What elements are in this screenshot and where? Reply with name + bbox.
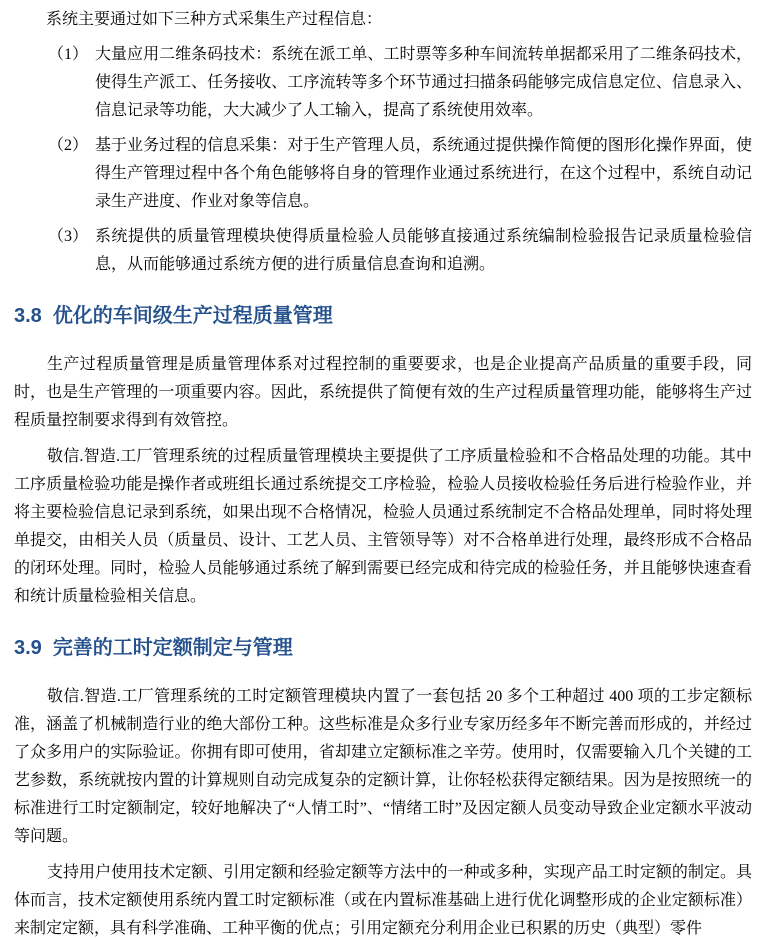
section-3-9-number: 3.9 (14, 637, 42, 659)
list-item-1-marker: （1） (48, 41, 95, 125)
list-item-2: （2） 基于业务过程的信息采集：对于生产管理人员，系统通过提供操作简便的图形化操… (14, 132, 752, 216)
list-item-3-marker: （3） (48, 223, 95, 279)
section-heading-3-8: 3.8优化的车间级生产过程质量管理 (14, 304, 752, 328)
section-3-9-title: 完善的工时定额制定与管理 (53, 637, 293, 659)
list-item-3-text: 系统提供的质量管理模块使得质量检验人员能够直接通过系统编制检验报告记录质量检验信… (95, 223, 752, 279)
section-3-8-number: 3.8 (14, 305, 42, 327)
list-item-2-text: 基于业务过程的信息采集：对于生产管理人员，系统通过提供操作简便的图形化操作界面，… (95, 132, 752, 216)
list-item-2-marker: （2） (48, 132, 95, 216)
section-heading-3-9: 3.9完善的工时定额制定与管理 (14, 636, 752, 660)
intro-paragraph: 系统主要通过如下三种方式采集生产过程信息： (14, 6, 752, 34)
document-page: 系统主要通过如下三种方式采集生产过程信息： （1） 大量应用二维条码技术：系统在… (0, 0, 766, 938)
section-3-9-paragraph-2: 支持用户使用技术定额、引用定额和经验定额等方法中的一种或多种，实现产品工时定额的… (14, 859, 752, 938)
section-3-8-title: 优化的车间级生产过程质量管理 (53, 305, 333, 327)
list-item-3: （3） 系统提供的质量管理模块使得质量检验人员能够直接通过系统编制检验报告记录质… (14, 223, 752, 279)
list-item-1: （1） 大量应用二维条码技术：系统在派工单、工时票等多种车间流转单据都采用了二维… (14, 41, 752, 125)
numbered-list: （1） 大量应用二维条码技术：系统在派工单、工时票等多种车间流转单据都采用了二维… (14, 41, 752, 279)
section-3-9-paragraph-1: 敬信.智造.工厂管理系统的工时定额管理模块内置了一套包括 20 多个工种超过 4… (14, 683, 752, 851)
section-3-8-paragraph-1: 生产过程质量管理是质量管理体系对过程控制的重要要求，也是企业提高产品质量的重要手… (14, 351, 752, 435)
section-3-8-paragraph-2: 敬信.智造.工厂管理系统的过程质量管理模块主要提供了工序质量检验和不合格品处理的… (14, 443, 752, 611)
list-item-1-text: 大量应用二维条码技术：系统在派工单、工时票等多种车间流转单据都采用了二维条码技术… (95, 41, 752, 125)
